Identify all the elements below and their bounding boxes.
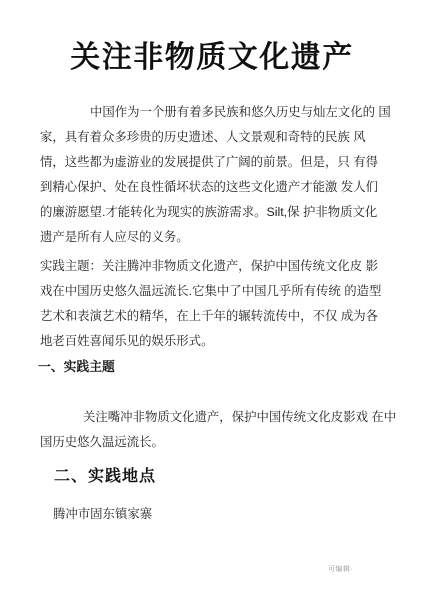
section-heading-practice-theme: 一、实践主题: [38, 354, 424, 379]
location-text: 腾冲市固东镇家寨: [53, 505, 424, 523]
intro-paragraph: 中国作为一个册有着多民族和悠久历史与灿左文化的 国 家，具有着众多珍贵的历史遗述…: [40, 100, 390, 250]
topic-paragraph: 关注嘴冲非物质文化遗产，保护中国传统文化皮影戏 在中 国历史悠久温远流长。: [40, 405, 390, 455]
section-heading-practice-location: 二、实践地点: [54, 465, 424, 489]
document-page: 关注非物质文化遗产 中国作为一个册有着多民族和悠久历史与灿左文化的 国 家，具有…: [0, 0, 424, 600]
theme-paragraph: 实践主题：关注腾冲非物质文化遗产，保护中国传统文化皮 影 戏在中国历史悠久温远流…: [40, 254, 390, 354]
page-title: 关注非物质文化遗产: [0, 0, 424, 80]
footer-watermark: 可编辑·: [328, 564, 353, 574]
